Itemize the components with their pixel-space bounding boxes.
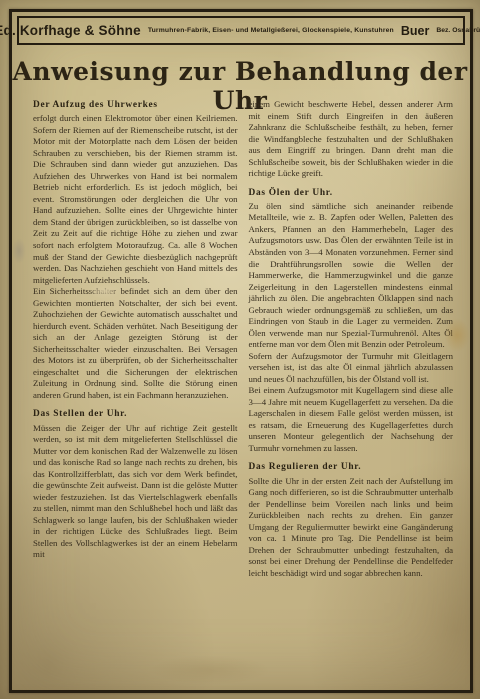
paper-stain bbox=[150, 655, 270, 685]
section-heading-stellen: Das Stellen der Uhr. bbox=[33, 408, 238, 420]
company-subtitle: Turmuhren-Fabrik, Eisen- und Metallgieße… bbox=[148, 27, 394, 34]
paragraph: Sollte die Uhr in der ersten Zeit nach d… bbox=[249, 476, 454, 580]
section-heading-oelen: Das Ölen der Uhr. bbox=[249, 187, 454, 199]
paragraph: einem Gewicht beschwerte Hebel, dessen a… bbox=[249, 99, 454, 180]
section-heading-regulieren: Das Regulieren der Uhr. bbox=[249, 461, 454, 473]
document-page: Ed. Korfhage & Söhne Turmuhren-Fabrik, E… bbox=[0, 0, 480, 699]
body-columns: Der Aufzug des Uhrwerkes erfolgt durch e… bbox=[33, 99, 453, 579]
paragraph: Müssen die Zeiger der Uhr auf richtige Z… bbox=[33, 423, 238, 561]
paragraph: Ein Sicherheitsschalter befindet sich an… bbox=[33, 286, 238, 401]
paper-stain bbox=[12, 238, 26, 264]
company-city: Buer bbox=[401, 24, 429, 38]
company-district: Bez. Osnabrück bbox=[436, 27, 480, 34]
paragraph: Bei einem Aufzugsmotor mit Kugellagern s… bbox=[249, 385, 454, 454]
letterhead: Ed. Korfhage & Söhne Turmuhren-Fabrik, E… bbox=[17, 16, 465, 45]
paragraph: erfolgt durch einen Elektromotor über ei… bbox=[33, 113, 238, 286]
paragraph: Zu ölen sind sämtliche sich aneinander r… bbox=[249, 201, 454, 351]
company-name: Ed. Korfhage & Söhne bbox=[0, 23, 141, 38]
section-heading-aufzug: Der Aufzug des Uhrwerkes bbox=[33, 99, 238, 111]
paragraph: Sofern der Aufzugsmotor der Turmuhr mit … bbox=[249, 351, 454, 386]
right-column: einem Gewicht beschwerte Hebel, dessen a… bbox=[249, 99, 454, 579]
left-column: Der Aufzug des Uhrwerkes erfolgt durch e… bbox=[33, 99, 238, 579]
